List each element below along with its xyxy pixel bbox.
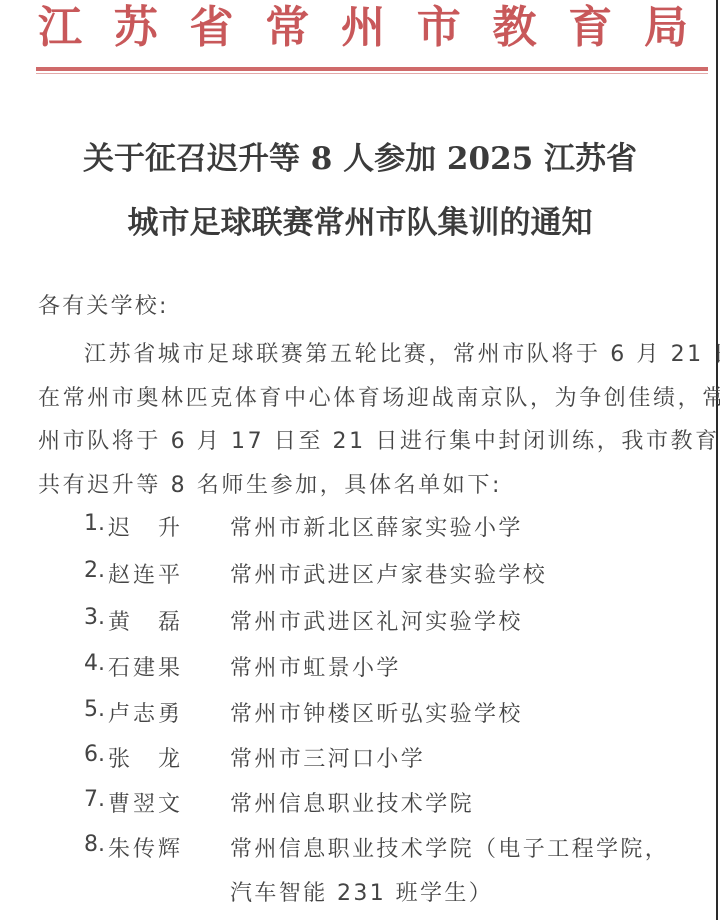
- letterhead-char: 苏: [114, 2, 158, 54]
- roster-school: 常州市武进区礼河实验学校: [230, 605, 523, 636]
- letterhead-char: 江: [38, 2, 82, 54]
- letterhead-organization: 江 苏 省 常 州 市 教 育 局: [38, 2, 688, 54]
- letterhead-char: 常: [265, 2, 309, 54]
- letterhead-char: 育: [568, 2, 612, 54]
- roster-item: 7. 曹 翌 文 常州信息职业技术学院: [84, 787, 714, 821]
- roster-school: 常州信息职业技术学院（电子工程学院，: [230, 832, 669, 863]
- roster-number: 1.: [84, 511, 105, 536]
- roster-item: 1. 迟 升 常州市新北区薛家实验小学: [84, 511, 714, 545]
- roster-name: 曹 翌 文: [108, 787, 180, 818]
- roster-school: 常州市虹景小学: [230, 651, 401, 682]
- roster-name: 迟 升: [108, 511, 180, 542]
- roster-number: 3.: [84, 605, 105, 630]
- roster-name: 石 建 果: [108, 651, 180, 682]
- roster-school: 常州信息职业技术学院: [230, 787, 474, 818]
- letterhead-char: 省: [190, 2, 234, 54]
- document-title-line-1: 关于征召迟升等 8 人参加 2025 江苏省: [0, 133, 720, 178]
- paragraph-line: 在常州市奥林匹克体育中心体育场迎战南京队，为争创佳绩，常: [38, 381, 720, 412]
- roster-name: 张 龙: [108, 742, 180, 773]
- roster-school: 常州市三河口小学: [230, 742, 425, 773]
- roster-item: 2. 赵 连 平 常州市武进区卢家巷实验学校: [84, 558, 714, 592]
- roster-school: 常州市新北区薛家实验小学: [230, 511, 523, 542]
- roster-item: 4. 石 建 果 常州市虹景小学: [84, 651, 714, 685]
- roster-name: 朱 传 辉: [108, 832, 180, 863]
- roster-school-continued: 汽车智能 231 班学生）: [230, 876, 493, 907]
- letterhead-red-rule: [36, 67, 708, 71]
- roster-number: 8.: [84, 832, 105, 857]
- letterhead-char: 市: [417, 2, 461, 54]
- roster-name: 卢 志 勇: [108, 697, 180, 728]
- letterhead: 江 苏 省 常 州 市 教 育 局: [0, 0, 720, 60]
- roster-item: 8. 朱 传 辉 常州信息职业技术学院（电子工程学院，: [84, 832, 714, 866]
- letterhead-red-rule-thin: [36, 73, 708, 74]
- paragraph-line: 江苏省城市足球联赛第五轮比赛，常州市队将于 6 月 21 日: [84, 337, 720, 368]
- salutation: 各有关学校:: [38, 289, 714, 320]
- document-title-line-2: 城市足球联赛常州市队集训的通知: [0, 197, 720, 242]
- roster-number: 6.: [84, 742, 105, 767]
- letterhead-char: 州: [341, 2, 385, 54]
- paragraph-line: 共有迟升等 8 名师生参加，具体名单如下:: [38, 468, 502, 499]
- roster-number: 2.: [84, 558, 105, 583]
- roster-number: 4.: [84, 651, 105, 676]
- roster-number: 5.: [84, 697, 105, 722]
- roster-item: 3. 黄 磊 常州市武进区礼河实验学校: [84, 605, 714, 639]
- letterhead-char: 教: [493, 2, 537, 54]
- roster-school: 常州市武进区卢家巷实验学校: [230, 558, 547, 589]
- paragraph-line: 州市队将于 6 月 17 日至 21 日进行集中封闭训练，我市教育系统: [38, 424, 720, 455]
- roster-name: 黄 磊: [108, 605, 180, 636]
- roster-item: 5. 卢 志 勇 常州市钟楼区昕弘实验学校: [84, 697, 714, 731]
- roster-school: 常州市钟楼区昕弘实验学校: [230, 697, 523, 728]
- roster-name: 赵 连 平: [108, 558, 180, 589]
- roster-item: 6. 张 龙 常州市三河口小学: [84, 742, 714, 776]
- letterhead-char: 局: [644, 2, 688, 54]
- roster-number: 7.: [84, 787, 105, 812]
